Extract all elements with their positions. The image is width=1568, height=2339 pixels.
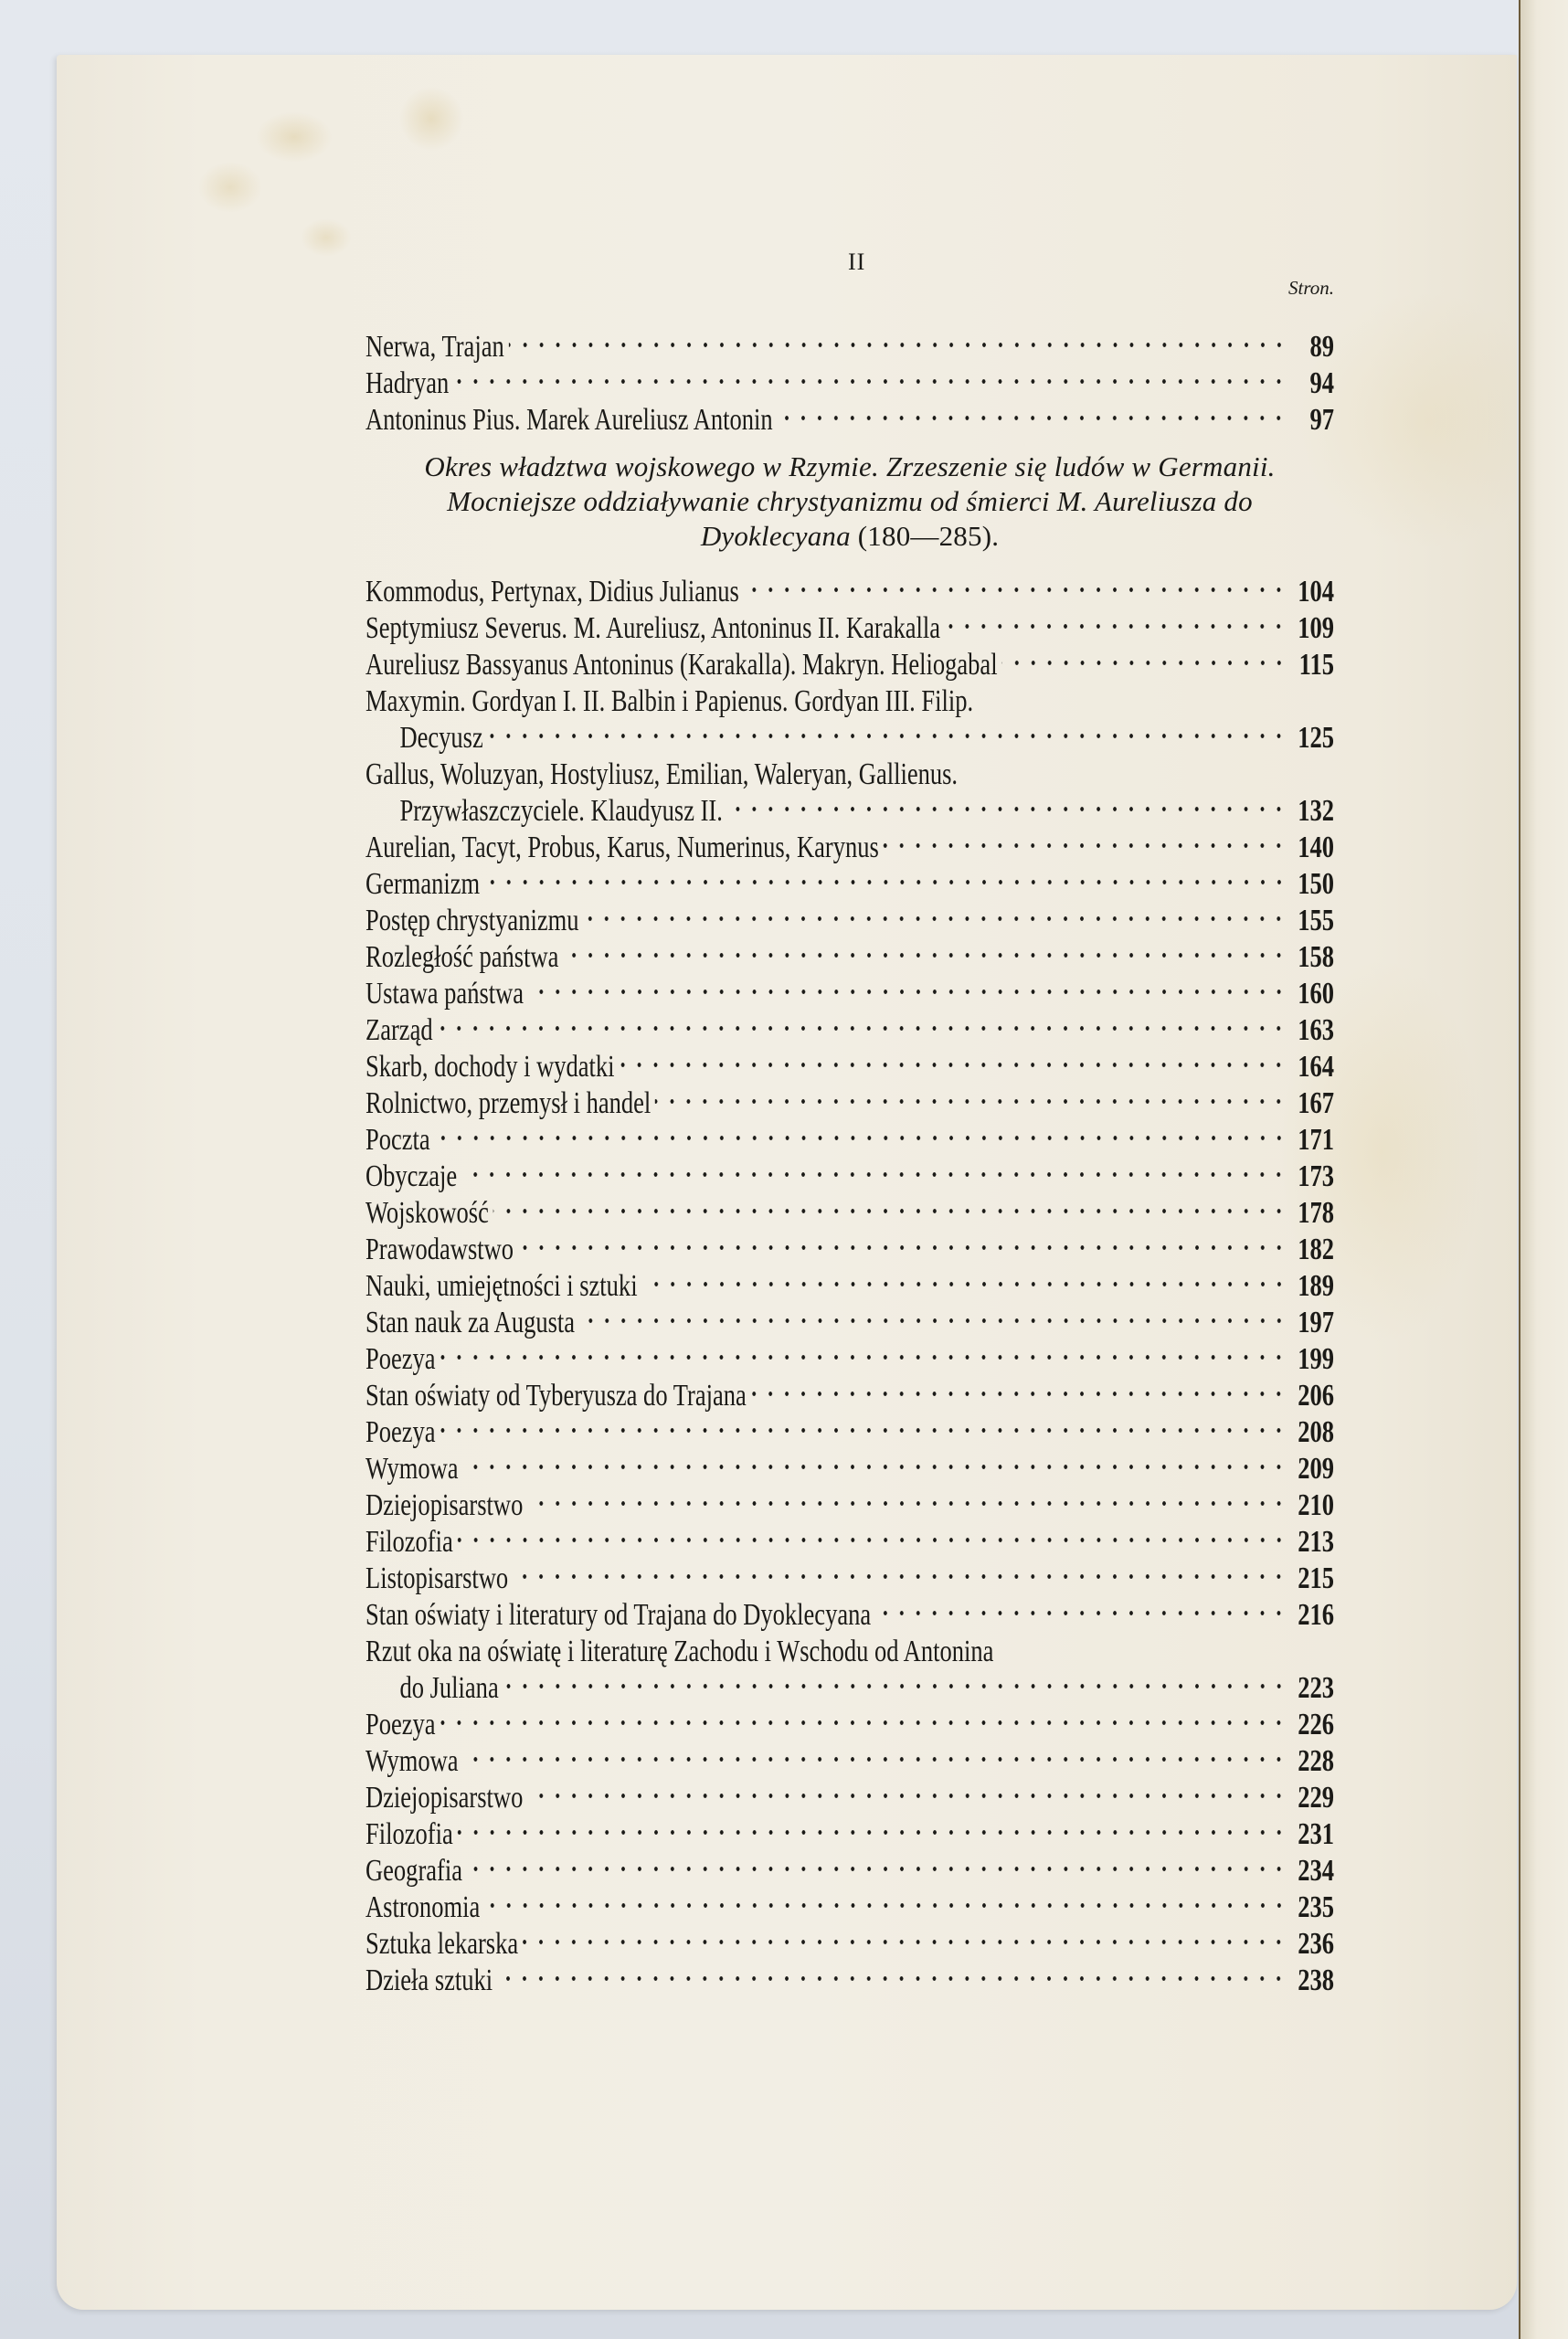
dot-leader xyxy=(434,1113,1287,1149)
section-heading: Okres władztwa wojskowego w Rzymie. Zrze… xyxy=(366,450,1334,554)
toc-entry[interactable]: Stan nauk za Augusta 197 xyxy=(366,1296,1334,1332)
toc-entry[interactable]: Kommodus, Pertynax, Didius Julianus 104 xyxy=(366,565,1334,601)
toc-entry[interactable]: Zarząd 163 xyxy=(366,1003,1334,1040)
toc-entry[interactable]: Listopisarstwo 215 xyxy=(366,1551,1334,1588)
toc-entry[interactable]: Rozległość państwa 158 xyxy=(366,930,1334,967)
book-page: II Stron. Nerwa, Trajan 89 Hadryan 94 An… xyxy=(57,55,1517,2310)
toc-entry[interactable]: Hadryan 94 xyxy=(366,356,1334,393)
toc-entry[interactable]: Germanizm 150 xyxy=(366,857,1334,894)
toc-entry[interactable]: Stan oświaty od Tyberyusza do Trajana 20… xyxy=(366,1369,1334,1405)
toc-entry[interactable]: Geografia 234 xyxy=(366,1844,1334,1880)
toc-entry[interactable]: Poezya 199 xyxy=(366,1332,1334,1369)
toc-entry[interactable]: Nauki, umiejętności i sztuki 189 xyxy=(366,1259,1334,1296)
toc-group-after: Kommodus, Pertynax, Didius Julianus 104 … xyxy=(366,565,1334,1990)
toc-entry-continued[interactable]: Gallus, Woluzyan, Hostyliusz, Emilian, W… xyxy=(366,747,1334,784)
dot-leader xyxy=(457,1515,1287,1551)
dot-leader xyxy=(453,356,1287,393)
toc-entry[interactable]: Nerwa, Trajan 89 xyxy=(366,320,1334,356)
dot-leader xyxy=(777,393,1287,429)
dot-leader xyxy=(563,930,1287,967)
dot-leader xyxy=(750,1369,1287,1405)
dot-leader xyxy=(484,1880,1287,1917)
toc-entry[interactable]: Wojskowość 178 xyxy=(366,1186,1334,1222)
dot-leader xyxy=(467,1844,1287,1880)
toc-entry[interactable]: Ustawa państwa 160 xyxy=(366,967,1334,1003)
dot-leader xyxy=(508,320,1287,356)
dot-leader xyxy=(579,1296,1287,1332)
toc-group-before: Nerwa, Trajan 89 Hadryan 94 Antoninus Pi… xyxy=(366,320,1334,429)
dot-leader xyxy=(641,1259,1287,1296)
toc-entry[interactable]: Wymowa 228 xyxy=(366,1734,1334,1771)
dot-leader xyxy=(462,1442,1287,1478)
section-heading-years: (180—285). xyxy=(858,520,999,552)
toc-entry[interactable]: Poezya 226 xyxy=(366,1698,1334,1734)
toc-entry-page-number: 238 xyxy=(1291,1963,1334,1999)
toc-entry[interactable]: Decyusz 125 xyxy=(366,711,1334,747)
toc-entry[interactable]: Skarb, dochody i wydatki 164 xyxy=(366,1040,1334,1076)
toc-entry[interactable]: Stan oświaty i literatury od Trajana do … xyxy=(366,1588,1334,1625)
column-header-pages: Stron. xyxy=(1261,277,1334,300)
toc-entry[interactable]: Sztuka lekarska 236 xyxy=(366,1917,1334,1953)
toc-entry[interactable]: Przywłaszczyciele. Klaudyusz II. 132 xyxy=(366,784,1334,820)
adjacent-page-edge xyxy=(1519,0,1568,2339)
toc-entry[interactable]: Filozofia 231 xyxy=(366,1807,1334,1844)
dot-leader xyxy=(518,1222,1287,1259)
dot-leader xyxy=(945,601,1287,638)
toc-entry-title: Dzieła sztuki xyxy=(366,1963,493,1999)
dot-leader xyxy=(1001,638,1287,674)
toc-entry[interactable]: Rolnictwo, przemysł i handel 167 xyxy=(366,1076,1334,1113)
dot-leader xyxy=(487,711,1287,747)
toc-entry[interactable]: Filozofia 213 xyxy=(366,1515,1334,1551)
dot-leader xyxy=(527,1771,1287,1807)
toc-entry[interactable]: Poczta 171 xyxy=(366,1113,1334,1149)
dot-leader xyxy=(523,1917,1287,1953)
dot-leader xyxy=(440,1405,1287,1442)
dot-leader xyxy=(727,784,1287,820)
dot-leader xyxy=(528,967,1287,1003)
toc-entry-continued[interactable]: Rzut oka na oświatę i literaturę Zachodu… xyxy=(366,1625,1334,1661)
toc-entry[interactable]: Aureliusz Bassyanus Antoninus (Karakalla… xyxy=(366,638,1334,674)
toc-entry[interactable]: do Juliana 223 xyxy=(366,1661,1334,1698)
toc-entry[interactable]: Aurelian, Tacyt, Probus, Karus, Numerinu… xyxy=(366,820,1334,857)
dot-leader xyxy=(440,1332,1287,1369)
dot-leader xyxy=(461,1149,1287,1186)
toc-entry[interactable]: Dzieła sztuki 238 xyxy=(366,1953,1334,1990)
dot-leader xyxy=(875,1588,1287,1625)
dot-leader xyxy=(527,1478,1287,1515)
toc-entry[interactable]: Dziejopisarstwo 229 xyxy=(366,1771,1334,1807)
dot-leader xyxy=(503,1661,1287,1698)
dot-leader xyxy=(493,1186,1287,1222)
toc-entry[interactable]: Postęp chrystyanizmu 155 xyxy=(366,894,1334,930)
dot-leader xyxy=(440,1698,1287,1734)
dot-leader xyxy=(437,1003,1287,1040)
dot-leader xyxy=(619,1040,1287,1076)
dot-leader xyxy=(462,1734,1287,1771)
toc-entry-page-number: 97 xyxy=(1291,402,1334,439)
page-number: II xyxy=(848,249,865,276)
dot-leader xyxy=(884,820,1287,857)
dot-leader xyxy=(457,1807,1287,1844)
dot-leader xyxy=(497,1953,1287,1990)
toc-entry[interactable]: Obyczaje 173 xyxy=(366,1149,1334,1186)
toc-entry[interactable]: Prawodawstwo 182 xyxy=(366,1222,1334,1259)
dot-leader xyxy=(744,565,1287,601)
toc-entry[interactable]: Poezya 208 xyxy=(366,1405,1334,1442)
toc-entry[interactable]: Dziejopisarstwo 210 xyxy=(366,1478,1334,1515)
toc-entry[interactable]: Wymowa 209 xyxy=(366,1442,1334,1478)
dot-leader xyxy=(655,1076,1287,1113)
toc-entry-title: Antoninus Pius. Marek Aureliusz Antonin xyxy=(366,402,773,439)
table-of-contents: Nerwa, Trajan 89 Hadryan 94 Antoninus Pi… xyxy=(366,320,1334,1990)
dot-leader xyxy=(484,857,1287,894)
toc-entry-continued[interactable]: Maxymin. Gordyan I. II. Balbin i Papienu… xyxy=(366,674,1334,711)
dot-leader xyxy=(583,894,1287,930)
toc-entry[interactable]: Antoninus Pius. Marek Aureliusz Antonin … xyxy=(366,393,1334,429)
dot-leader xyxy=(513,1551,1287,1588)
section-heading-text: Okres władztwa wojskowego w Rzymie. Zrze… xyxy=(424,450,1275,552)
toc-entry[interactable]: Septymiusz Severus. M. Aureliusz, Antoni… xyxy=(366,601,1334,638)
toc-entry[interactable]: Astronomia 235 xyxy=(366,1880,1334,1917)
